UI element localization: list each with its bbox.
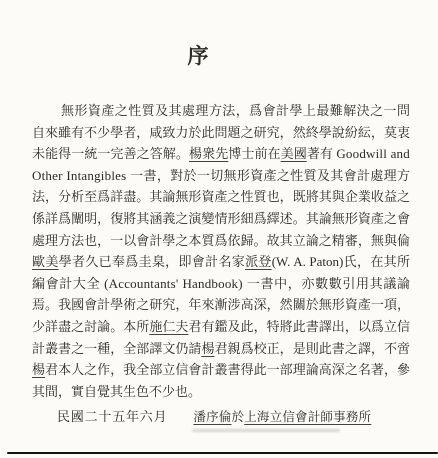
proper-name: 楊 (201, 341, 214, 356)
proper-name: 楊衆先 (189, 146, 228, 161)
text-line: 編會計大全 (Accountants' Handbook) 一書中，亦數數引用其… (32, 273, 410, 295)
proper-name: 施仁夫 (149, 319, 188, 334)
text-segment: 於 (232, 410, 245, 424)
text-segment: 計叢書之一種，全部譯文仍請 (32, 341, 201, 356)
preface-body: 無形資產之性質及其處理方法，爲會計學上最難解決之一問題。自來雖有不少學者，咸致力… (32, 100, 410, 402)
proper-name: 歐美 (32, 254, 59, 269)
text-segment: 著有 (307, 146, 337, 161)
text-segment: Other Intangibles (32, 168, 130, 183)
text-line: 其間，實自覺其生色不少也。 (32, 381, 410, 403)
text-segment: 法，分析至爲詳盡。其論無形資產之性質也，既將其與企業收益之關 (32, 189, 410, 208)
text-segment: 編會計大全 (32, 276, 104, 291)
text-line: 楊君本人之作，我全部立信會計叢書得此一部理論高深之名著，參列 (32, 359, 410, 381)
scanned-book-page: 序 無形資產之性質及其處理方法，爲會計學上最難解決之一問題。自來雖有不少學者，咸… (0, 0, 438, 458)
proper-name: 楊 (32, 362, 45, 377)
text-segment: 係詳爲闡明，復將其涵義之演變情形細爲繹述。其論無形資產之會計 (32, 211, 410, 230)
signature-author-location: 潘序倫於上海立信會計師事務所 (193, 410, 371, 424)
scan-edge-line (7, 452, 438, 454)
signature-date: 民國二十五年六月 (57, 409, 167, 424)
text-line: 計叢書之一種，全部譯文仍請楊君親爲校正，是則此書之譯，不啻爲 (32, 338, 410, 360)
text-segment: (Accountants' Handbook) (104, 276, 247, 291)
proper-name: 派登 (245, 254, 272, 269)
text-segment: 焉。我國會計學術之研究，年來漸涉高深，然關於無形資產一項，則尚 (32, 297, 410, 316)
text-segment: 其間，實自覺其生色不少也。 (32, 384, 201, 399)
text-segment: 學者久已奉爲圭臬，即會計名家 (59, 254, 245, 269)
text-segment: 少詳盡之討論。本所 (32, 319, 149, 334)
text-line: 少詳盡之討論。本所施仁夫君有鑑及此，特將此書譯出，以爲立信會 (32, 316, 410, 338)
proper-name: 美國 (281, 146, 307, 161)
text-segment: 處理方法也，一以會計學之本質爲依歸。故其立論之精審，無與倫比， (32, 233, 410, 252)
proper-name: 上海立信會計師事務所 (244, 410, 371, 424)
text-segment: 君本人之作，我全部立信會計叢書得此一部理論高深之名著，參列 (32, 362, 410, 381)
text-line: Other Intangibles 一書，對於一切無形資產之性質及其會計處理方 (32, 165, 410, 187)
page-title: 序 (0, 43, 398, 69)
text-segment: 未能得一統一完善之答解。 (32, 146, 189, 161)
text-line: 法，分析至爲詳盡。其論無形資產之性質也，既將其與企業收益之關 (32, 186, 410, 208)
text-segment: 無形資產之性質及其處理方法，爲會計學上最難解決之一問題。 (32, 103, 410, 122)
text-line: 處理方法也，一以會計學之本質爲依歸。故其立論之精審，無與倫比， (32, 230, 410, 252)
text-segment: 博士前在 (228, 146, 280, 161)
text-line: 係詳爲闡明，復將其涵義之演變情形細爲繹述。其論無形資產之會計 (32, 208, 410, 230)
signature-line: 民國二十五年六月潘序倫於上海立信會計師事務所 (57, 407, 371, 427)
text-segment: 自來雖有不少學者，咸致力於此問題之研究，然終學說紛紜，莫衷一是， (32, 125, 410, 144)
text-line: 歐美學者久已奉爲圭臬，即會計名家派登(W. A. Paton)氏，在其所 (32, 251, 410, 273)
ink-bleed-smudge (192, 429, 340, 432)
text-line: 自來雖有不少學者，咸致力於此問題之研究，然終學說紛紜，莫衷一是， (32, 122, 410, 144)
text-line: 無形資產之性質及其處理方法，爲會計學上最難解決之一問題。 (32, 100, 410, 122)
proper-name: 潘序倫 (193, 410, 231, 424)
text-segment: Goodwill and (336, 146, 410, 161)
text-segment: (W. A. Paton)氏，在其所 (272, 254, 410, 269)
text-line: 焉。我國會計學術之研究，年來漸涉高深，然關於無形資產一項，則尚 (32, 294, 410, 316)
text-segment: 一書，對於一切無形資產之性質及其會計處理方 (130, 168, 410, 183)
text-line: 未能得一統一完善之答解。楊衆先博士前在美國著有 Goodwill and (32, 143, 410, 165)
text-segment: 一書中，亦數數引用其議論 (247, 276, 410, 291)
